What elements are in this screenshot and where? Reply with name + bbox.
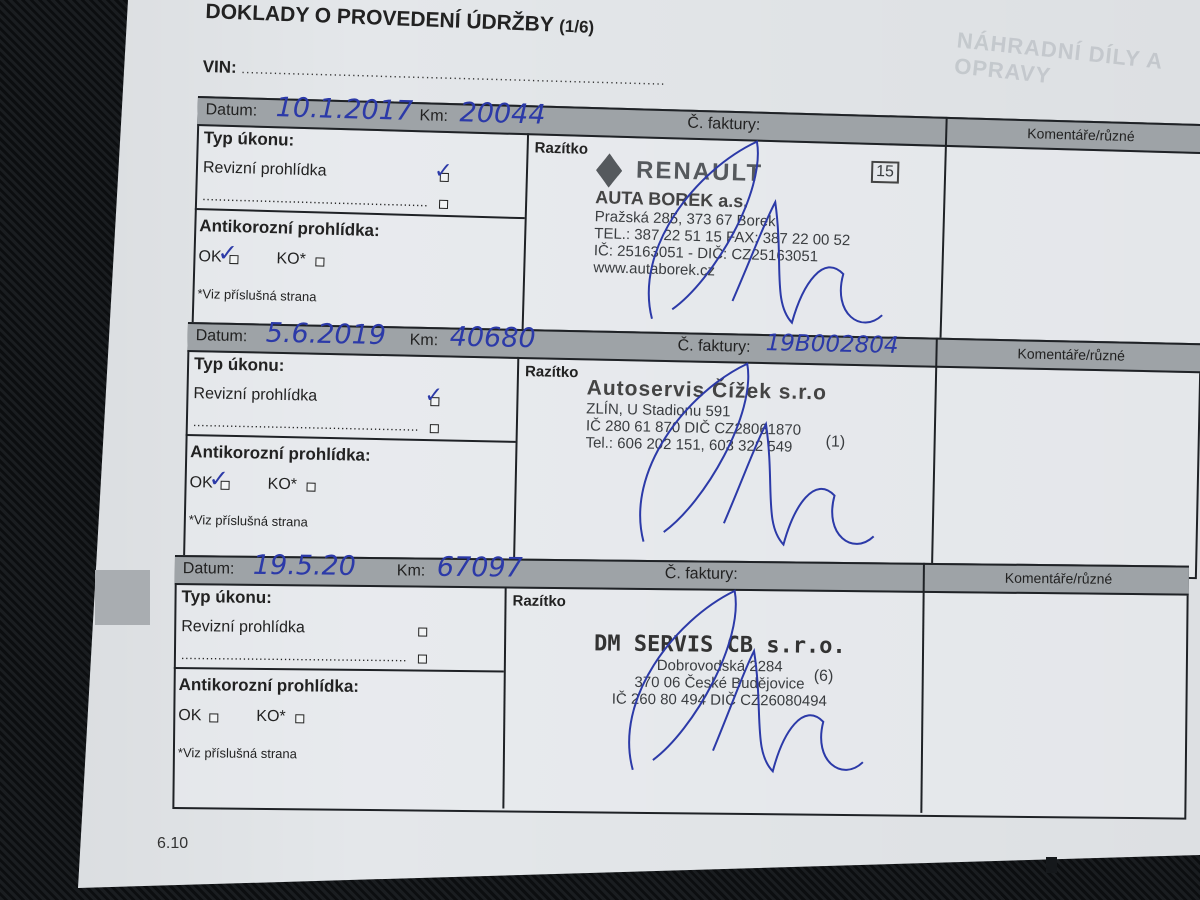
typ-ukonu-label: Typ úkonu: — [204, 128, 295, 151]
stamp-brand-text: RENAULT — [636, 157, 764, 188]
km-label: Km: — [397, 562, 426, 580]
komentare-label: Komentáře/různé — [1005, 570, 1113, 587]
typ-ukonu-label: Typ úkonu: — [181, 587, 272, 608]
faktura-label: Č. faktury: — [665, 565, 738, 584]
ko-checkbox[interactable] — [315, 257, 324, 266]
faktura-label: Č. faktury: — [677, 337, 750, 357]
faktura-label: Č. faktury: — [687, 115, 760, 135]
dealer-stamp: Autoservis Čížek s.r.o ZLÍN, U Stadionu … — [585, 376, 827, 456]
ko-checkbox[interactable] — [306, 483, 315, 492]
datum-label: Datum: — [183, 560, 235, 579]
renault-logo-icon — [596, 153, 623, 188]
vin-label: VIN: — [202, 57, 237, 77]
other-task-line: ........................................… — [181, 647, 407, 664]
other-task-checkbox[interactable] — [418, 655, 427, 664]
ko-label: KO* — [276, 250, 306, 269]
ko-checkbox[interactable] — [295, 714, 304, 723]
stamp-company: DM SERVIS CB s.r.o. — [594, 631, 846, 659]
komentare-label: Komentáře/různé — [1017, 345, 1125, 363]
ok-check-mark: ✓ — [208, 464, 229, 492]
faktura-value[interactable]: 19B002804 — [765, 330, 898, 359]
razitko-label: Razítko — [512, 593, 566, 611]
revizni-label: Revizní prohlídka — [203, 159, 327, 180]
revizni-check-mark: ✓ — [424, 383, 443, 408]
km-label: Km: — [409, 332, 438, 351]
datum-label: Datum: — [196, 327, 248, 346]
other-task-checkbox[interactable] — [430, 424, 439, 433]
datum-value[interactable]: 19.5.20 — [253, 550, 356, 582]
antikorozni-label: Antikorozní prohlídka: — [179, 675, 360, 697]
dealer-stamp: DM SERVIS CB s.r.o. Dobrovodská 2284 370… — [593, 631, 845, 710]
ok-check-mark: ✓ — [217, 239, 238, 268]
razitko-label: Razítko — [525, 363, 579, 381]
km-label: Km: — [419, 107, 448, 126]
stamp-badge: (1) — [825, 433, 845, 451]
stamp-badge: 15 — [871, 161, 899, 184]
datum-value[interactable]: 5.6.2019 — [265, 318, 386, 352]
other-task-checkbox[interactable] — [439, 200, 448, 209]
revizni-check-mark: ✓ — [434, 159, 453, 185]
razitko-label: Razítko — [534, 139, 588, 157]
page-number: 6.10 — [157, 835, 188, 853]
typ-ukonu-label: Typ úkonu: — [194, 354, 285, 376]
footnote: *Viz příslušná strana — [178, 745, 297, 761]
footnote: *Viz příslušná strana — [189, 512, 308, 529]
ok-checkbox[interactable] — [209, 713, 218, 722]
stamp-badge: (6) — [814, 668, 834, 686]
revizni-label: Revizní prohlídka — [181, 618, 305, 637]
ko-label: KO* — [256, 708, 286, 726]
page-title-suffix: (1/6) — [559, 17, 595, 37]
dealer-stamp: RENAULT AUTA BOREK a.s. Pražská 285, 373… — [593, 153, 852, 283]
revizni-label: Revizní prohlídka — [193, 385, 317, 406]
print-mark — [1046, 857, 1057, 873]
ok-label: OK — [178, 707, 201, 725]
km-value[interactable]: 20044 — [459, 97, 546, 130]
revizni-checkbox[interactable] — [418, 628, 427, 637]
datum-value[interactable]: 10.1.2017 — [275, 92, 413, 127]
km-value[interactable]: 67097 — [437, 552, 523, 584]
ko-label: KO* — [267, 476, 297, 495]
section-tab-marker — [95, 570, 150, 625]
stamp-line: IČ 260 80 494 DIČ CZ26080494 — [593, 690, 845, 710]
datum-label: Datum: — [205, 101, 257, 120]
antikorozni-label: Antikorozní prohlídka: — [190, 442, 371, 466]
km-value[interactable]: 40680 — [449, 321, 536, 354]
komentare-label: Komentáře/různé — [1027, 125, 1135, 144]
